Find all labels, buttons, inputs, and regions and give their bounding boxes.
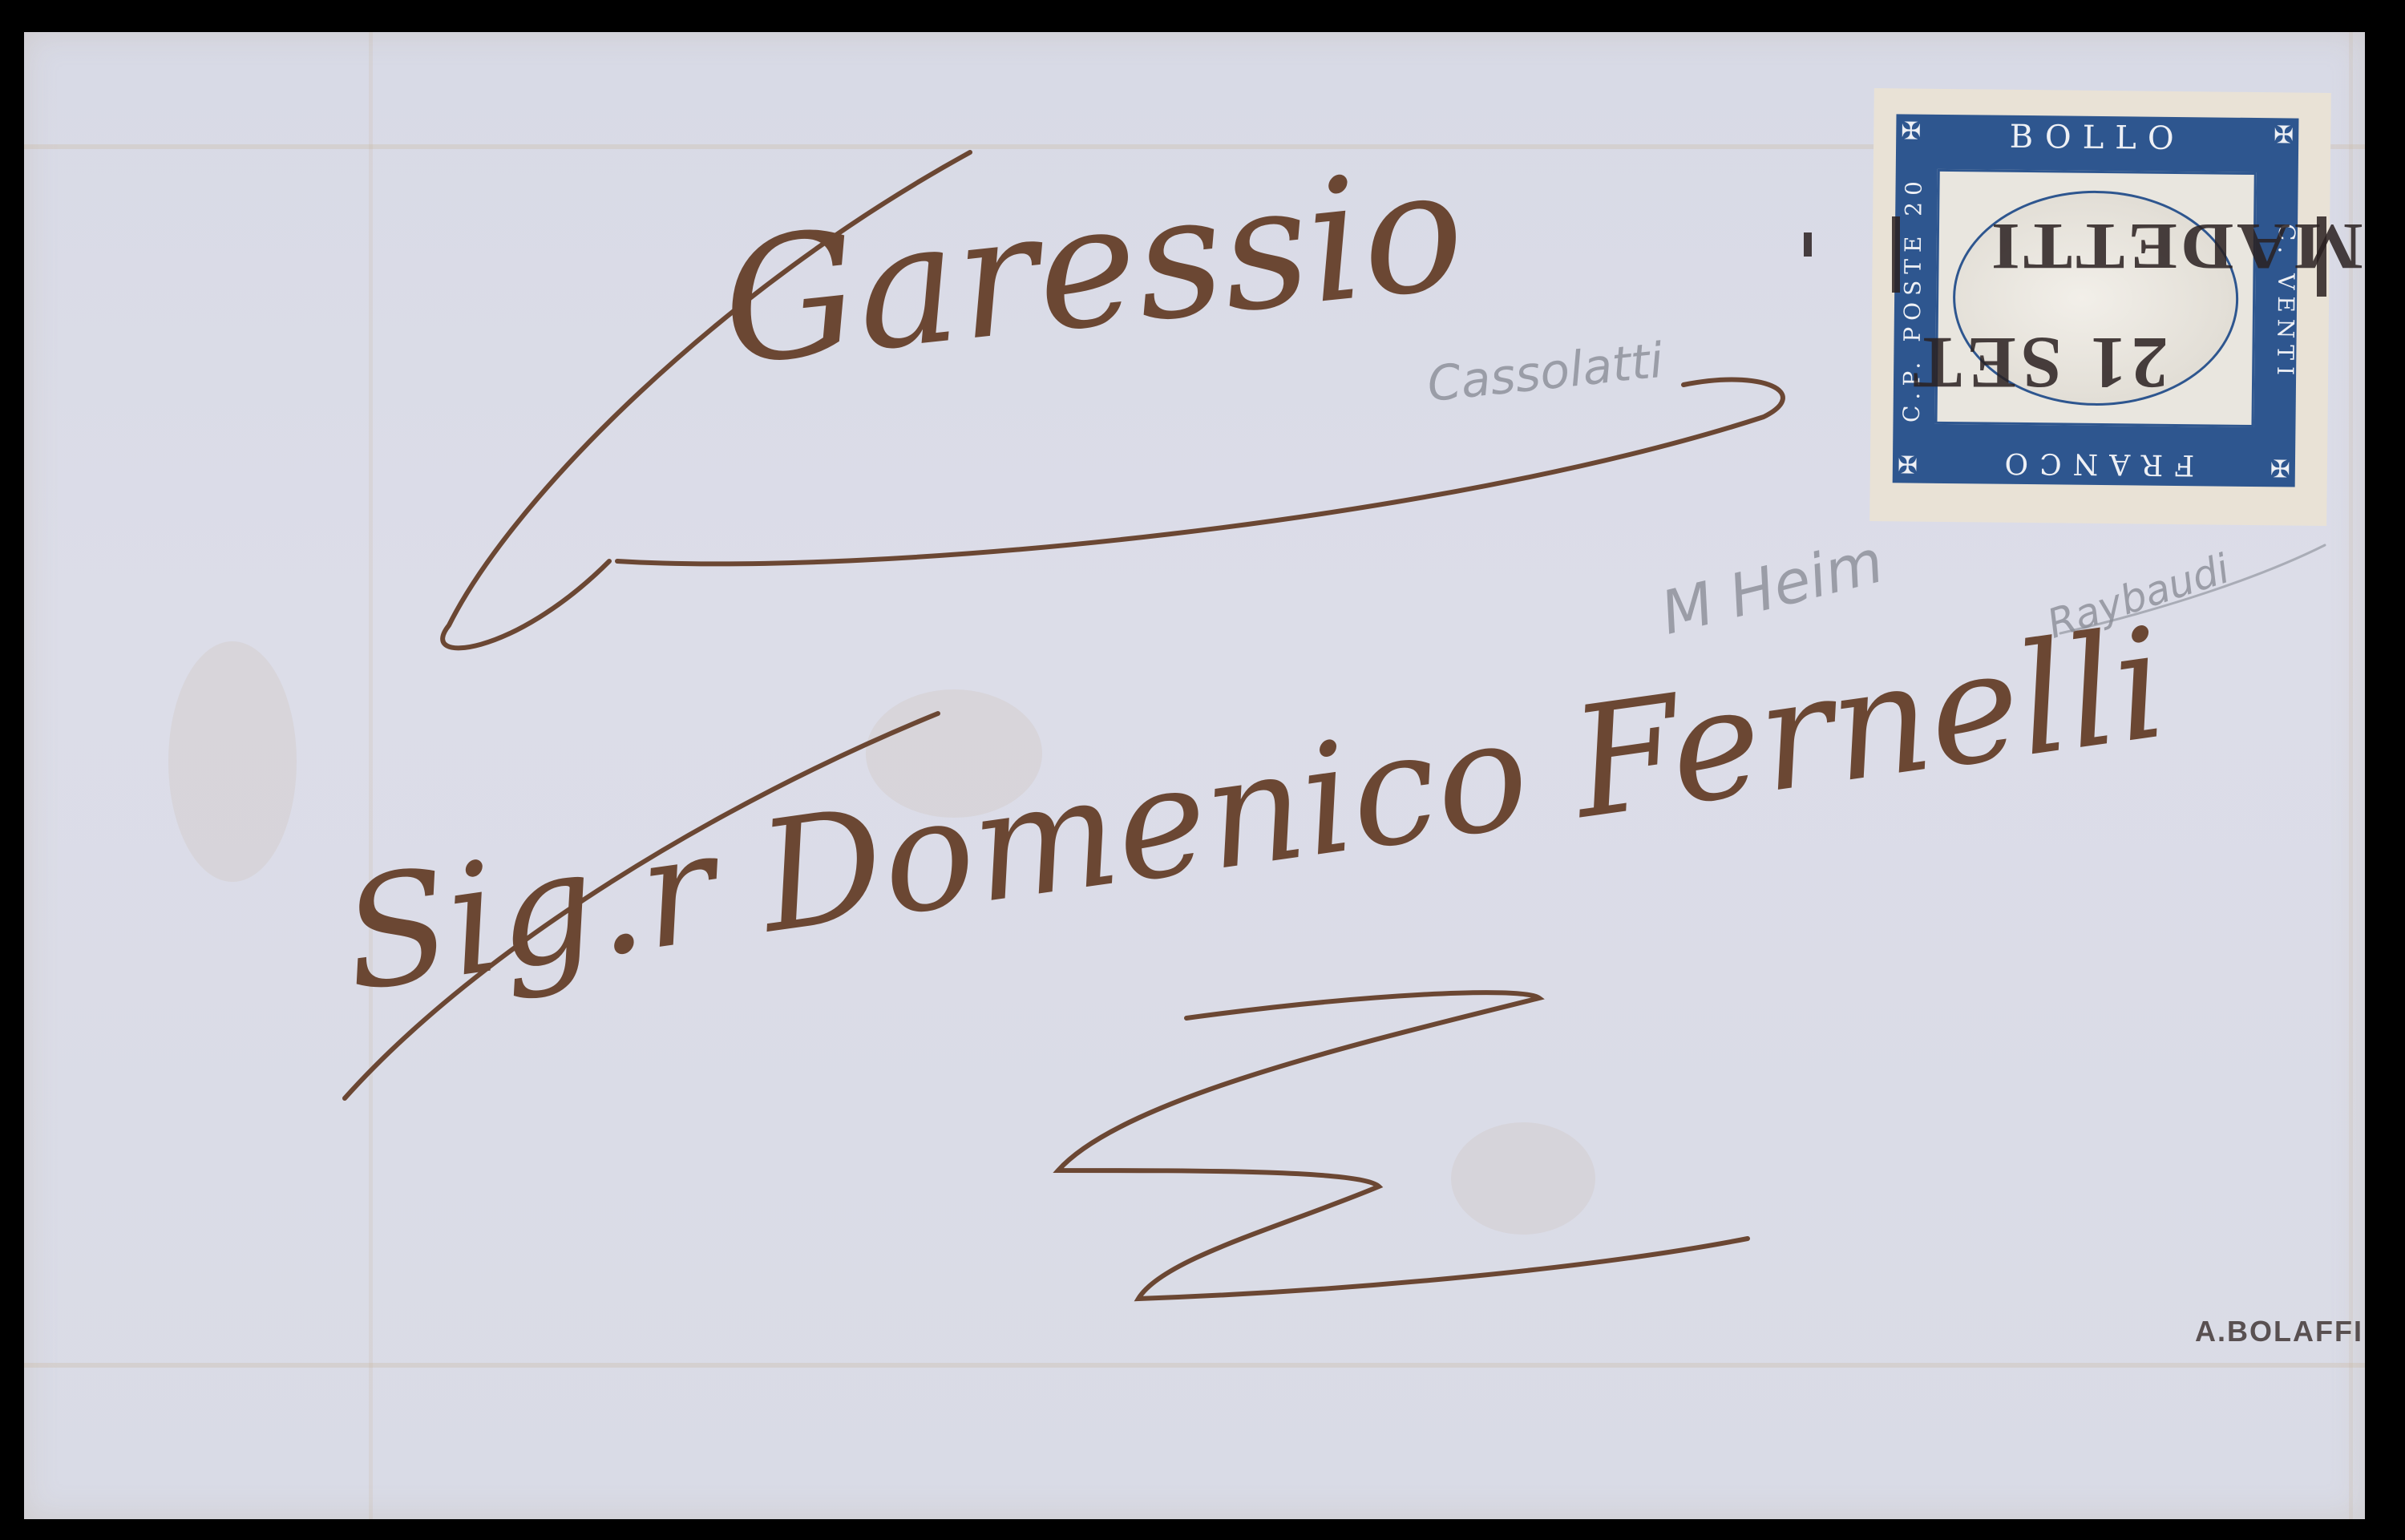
postmark-dot — [1804, 232, 1812, 257]
stamp-frame: BOLLO FRANCO C.P. POSTE 20 C. VENTI ✠ ✠ … — [1893, 114, 2299, 487]
expert-signature-mark: A.BOLAFFI — [2195, 1315, 2363, 1348]
postage-stamp: BOLLO FRANCO C.P. POSTE 20 C. VENTI ✠ ✠ … — [1869, 88, 2331, 526]
postmark-town: MADETTI — [1988, 208, 2363, 285]
postmark-bar — [1892, 216, 1900, 293]
corner-ornament-icon: ✠ — [1898, 451, 1918, 479]
corner-ornament-icon: ✠ — [2274, 121, 2294, 149]
stamp-top-text: BOLLO — [1896, 117, 2298, 158]
postmark-date: 21 SET — [1908, 321, 2169, 406]
stamp-bottom-text: FRANCO — [1893, 445, 2295, 482]
corner-ornament-icon: ✠ — [2270, 455, 2291, 483]
corner-ornament-icon: ✠ — [1901, 117, 1922, 145]
